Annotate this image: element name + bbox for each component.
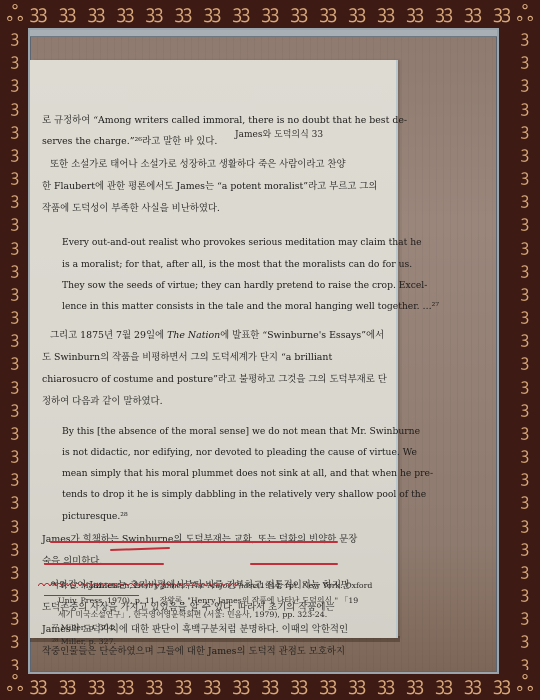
corner-ornament-icon: ஃ: [2, 2, 28, 28]
scroll-ornament-icon: ꝫ: [521, 656, 529, 670]
red-underline: [50, 541, 338, 543]
scroll-ornament-icon: ꝫ: [521, 239, 529, 253]
scroll-ornament-icon: ꝫꝫ: [407, 672, 423, 698]
scroll-ornament-icon: ꝫ: [521, 401, 529, 415]
block-quote-line: lence in this matter consists in the tal…: [62, 296, 439, 318]
scroll-ornament-icon: ꝫꝫ: [233, 672, 249, 698]
body-text-line: 또한 소설가로 태어나 소설가로 성장하고 생활하다 죽은 사람이라고 찬양: [50, 154, 346, 176]
scroll-ornament-icon: ꝫ: [521, 123, 529, 137]
photo-bevel: [30, 30, 497, 37]
scroll-ornament-icon: ꝫꝫ: [175, 0, 191, 26]
scroll-ornament-icon: ꝫ: [11, 401, 19, 415]
corner-ornament-icon: ஃ: [512, 672, 538, 698]
scroll-ornament-icon: ꝫ: [521, 354, 529, 368]
scroll-ornament-icon: ꝫꝫ: [146, 0, 162, 26]
footnote-line: ²⁸ Miller, p. 327.: [52, 637, 116, 646]
body-text-line: 로 규정하여 “Among writers called immoral, th…: [42, 110, 407, 132]
scroll-ornament-icon: ꝫꝫ: [59, 0, 75, 26]
photo-area: James와 도덕의식 33 로 규정하여 “Among writers cal…: [28, 28, 499, 674]
scroll-ornament-icon: ꝫ: [521, 609, 529, 623]
scroll-ornament-icon: ꝫ: [11, 308, 19, 322]
block-quote-line: Every out-and-out realist who provokes s…: [62, 232, 422, 254]
scroll-ornament-icon: ꝫꝫ: [233, 0, 249, 26]
scroll-ornament-icon: ꝫꝫ: [59, 672, 75, 698]
scroll-ornament-icon: ꝫ: [521, 563, 529, 577]
left-ornament-border: ꝫꝫꝫꝫꝫꝫꝫꝫꝫꝫꝫꝫꝫꝫꝫꝫꝫꝫꝫꝫꝫꝫꝫꝫꝫꝫꝫꝫ: [3, 30, 27, 670]
footnote-line: ²⁷ Miller, p. 304.: [52, 623, 116, 632]
scroll-ornament-icon: ꝫ: [11, 76, 19, 90]
scroll-ornament-icon: ꝫꝫ: [30, 672, 46, 698]
scroll-ornament-icon: ꝫ: [521, 586, 529, 600]
scroll-ornament-icon: ꝫꝫ: [291, 672, 307, 698]
scroll-ornament-icon: ꝫ: [11, 424, 19, 438]
scroll-ornament-icon: ꝫ: [11, 378, 19, 392]
scroll-ornament-icon: ꝫ: [11, 493, 19, 507]
ornamental-frame: ஃ ஃ ஃ ஃ ꝫꝫꝫꝫꝫꝫꝫꝫꝫꝫꝫꝫꝫꝫꝫꝫꝫꝫꝫꝫꝫꝫꝫꝫꝫꝫꝫꝫꝫꝫꝫꝫ…: [0, 0, 540, 700]
scroll-ornament-icon: ꝫꝫ: [436, 672, 452, 698]
scroll-ornament-icon: ꝫꝫ: [88, 0, 104, 26]
body-text-line: 도 Swinburn의 작품을 비평하면서 그의 도덕세계가 단지 “a bri…: [42, 347, 332, 369]
scroll-ornament-icon: ꝫꝫ: [291, 0, 307, 26]
scroll-ornament-icon: ꝫ: [11, 609, 19, 623]
scroll-ornament-icon: ꝫ: [521, 262, 529, 276]
corner-ornament-icon: ஃ: [512, 2, 538, 28]
scroll-ornament-icon: ꝫꝫ: [465, 672, 481, 698]
block-quote-line: They sow the seeds of virtue; they can h…: [62, 275, 427, 297]
scroll-ornament-icon: ꝫ: [521, 378, 529, 392]
scroll-ornament-icon: ꝫ: [521, 76, 529, 90]
scroll-ornament-icon: ꝫ: [521, 447, 529, 461]
scroll-ornament-icon: ꝫ: [11, 632, 19, 646]
scroll-ornament-icon: ꝫ: [521, 470, 529, 484]
scroll-ornament-icon: ꝫꝫ: [117, 672, 133, 698]
scroll-ornament-icon: ꝫ: [11, 53, 19, 67]
book-page: James와 도덕의식 33 로 규정하여 “Among writers cal…: [30, 60, 396, 638]
scroll-ornament-icon: ꝫ: [11, 239, 19, 253]
scroll-ornament-icon: ꝫ: [11, 540, 19, 554]
scroll-ornament-icon: ꝫ: [521, 30, 529, 44]
body-text-line: chiarosucro of costume and posture”라고 불평…: [42, 369, 387, 391]
scroll-ornament-icon: ꝫ: [521, 146, 529, 160]
red-underline: [250, 563, 338, 565]
block-quote-line: mean simply that his moral plummet does …: [62, 463, 433, 485]
top-ornament-border: ꝫꝫꝫꝫꝫꝫꝫꝫꝫꝫꝫꝫꝫꝫꝫꝫꝫꝫꝫꝫꝫꝫꝫꝫꝫꝫꝫꝫꝫꝫꝫꝫꝫꝫ: [30, 0, 510, 26]
footnote-line: Univ. Press, 1970), p. 11. 장왕록, "Henry J…: [58, 595, 358, 606]
scroll-ornament-icon: ꝫ: [521, 53, 529, 67]
body-text-line: 술을 의미한다.: [42, 551, 102, 573]
scroll-ornament-icon: ꝫ: [521, 308, 529, 322]
scroll-ornament-icon: ꝫ: [11, 656, 19, 670]
scroll-ornament-icon: ꝫꝫ: [88, 672, 104, 698]
red-underline: [44, 563, 164, 565]
scroll-ornament-icon: ꝫ: [521, 424, 529, 438]
scroll-ornament-icon: ꝫ: [521, 517, 529, 531]
scroll-ornament-icon: ꝫꝫ: [378, 0, 394, 26]
scroll-ornament-icon: ꝫ: [521, 169, 529, 183]
body-text-line: 정하여 다음과 같이 말하였다.: [42, 391, 163, 413]
scroll-ornament-icon: ꝫ: [11, 169, 19, 183]
scroll-ornament-icon: ꝫ: [11, 215, 19, 229]
block-quote-line: By this [the absence of the moral sense]…: [62, 421, 420, 443]
scroll-ornament-icon: ꝫ: [521, 100, 529, 114]
scroll-ornament-icon: ꝫꝫ: [320, 0, 336, 26]
block-quote-line: is not didactic, nor edifying, nor devot…: [62, 442, 417, 464]
scroll-ornament-icon: ꝫꝫ: [175, 672, 191, 698]
body-text-line: 한 Flaubert에 관한 평론에서도 James는 “a potent mo…: [42, 176, 377, 198]
scroll-ornament-icon: ꝫ: [11, 586, 19, 600]
body-text-line: James가 힐책하는 Swinburne의 도덕부재는 교화, 또는 덕화의 …: [42, 529, 357, 551]
scroll-ornament-icon: ꝫꝫ: [262, 672, 278, 698]
scroll-ornament-icon: ꝫ: [521, 285, 529, 299]
scroll-ornament-icon: ꝫ: [11, 100, 19, 114]
scroll-ornament-icon: ꝫꝫ: [465, 0, 481, 26]
scroll-ornament-icon: ꝫꝫ: [146, 672, 162, 698]
red-wavy-underline: [38, 583, 238, 587]
block-quote-line: tends to drop it he is simply dabbling i…: [62, 484, 426, 506]
scroll-ornament-icon: ꝫꝫ: [494, 672, 510, 698]
scroll-ornament-icon: ꝫꝫ: [30, 0, 46, 26]
scroll-ornament-icon: ꝫꝫ: [320, 672, 336, 698]
scroll-ornament-icon: ꝫ: [11, 354, 19, 368]
scroll-ornament-icon: ꝫ: [11, 262, 19, 276]
scroll-ornament-icon: ꝫ: [11, 192, 19, 206]
footnote-line: 세기 미국소설연구」, 한국영어영문학회편 (서울: 민음사, 1979), p…: [58, 609, 327, 620]
scroll-ornament-icon: ꝫ: [11, 331, 19, 345]
scroll-ornament-icon: ꝫ: [11, 146, 19, 160]
body-text-line: serves the charge.”²⁶라고 말한 바 있다.: [42, 131, 217, 153]
corner-ornament-icon: ஃ: [2, 672, 28, 698]
bottom-ornament-border: ꝫꝫꝫꝫꝫꝫꝫꝫꝫꝫꝫꝫꝫꝫꝫꝫꝫꝫꝫꝫꝫꝫꝫꝫꝫꝫꝫꝫꝫꝫꝫꝫꝫꝫ: [30, 672, 510, 698]
scroll-ornament-icon: ꝫ: [11, 123, 19, 137]
scroll-ornament-icon: ꝫ: [521, 540, 529, 554]
scroll-ornament-icon: ꝫ: [521, 331, 529, 345]
scroll-ornament-icon: ꝫꝫ: [407, 0, 423, 26]
scroll-ornament-icon: ꝫ: [11, 285, 19, 299]
scroll-ornament-icon: ꝫ: [11, 563, 19, 577]
scroll-ornament-icon: ꝫ: [11, 517, 19, 531]
right-ornament-border: ꝫꝫꝫꝫꝫꝫꝫꝫꝫꝫꝫꝫꝫꝫꝫꝫꝫꝫꝫꝫꝫꝫꝫꝫꝫꝫꝫꝫ: [513, 30, 537, 670]
scroll-ornament-icon: ꝫꝫ: [262, 0, 278, 26]
scroll-ornament-icon: ꝫꝫ: [436, 0, 452, 26]
scroll-ornament-icon: ꝫ: [521, 192, 529, 206]
scroll-ornament-icon: ꝫ: [521, 632, 529, 646]
block-quote-line: picturesque.²⁸: [62, 506, 128, 528]
scroll-ornament-icon: ꝫꝫ: [204, 0, 220, 26]
scroll-ornament-icon: ꝫꝫ: [378, 672, 394, 698]
body-text-line: 작품에 도덕성이 부족한 사실을 비난하였다.: [42, 198, 220, 220]
scroll-ornament-icon: ꝫ: [11, 30, 19, 44]
scroll-ornament-icon: ꝫꝫ: [117, 0, 133, 26]
scroll-ornament-icon: ꝫꝫ: [494, 0, 510, 26]
body-text-line: 그리고 1875년 7월 29일에 The Nation에 발표한 “Swinb…: [50, 325, 384, 347]
scroll-ornament-icon: ꝫꝫ: [349, 0, 365, 26]
scroll-ornament-icon: ꝫ: [521, 493, 529, 507]
scroll-ornament-icon: ꝫ: [11, 447, 19, 461]
block-quote-line: is a moralist; for that, after all, is t…: [62, 254, 412, 276]
scroll-ornament-icon: ꝫ: [521, 215, 529, 229]
scroll-ornament-icon: ꝫꝫ: [204, 672, 220, 698]
scroll-ornament-icon: ꝫꝫ: [349, 672, 365, 698]
scroll-ornament-icon: ꝫ: [11, 470, 19, 484]
